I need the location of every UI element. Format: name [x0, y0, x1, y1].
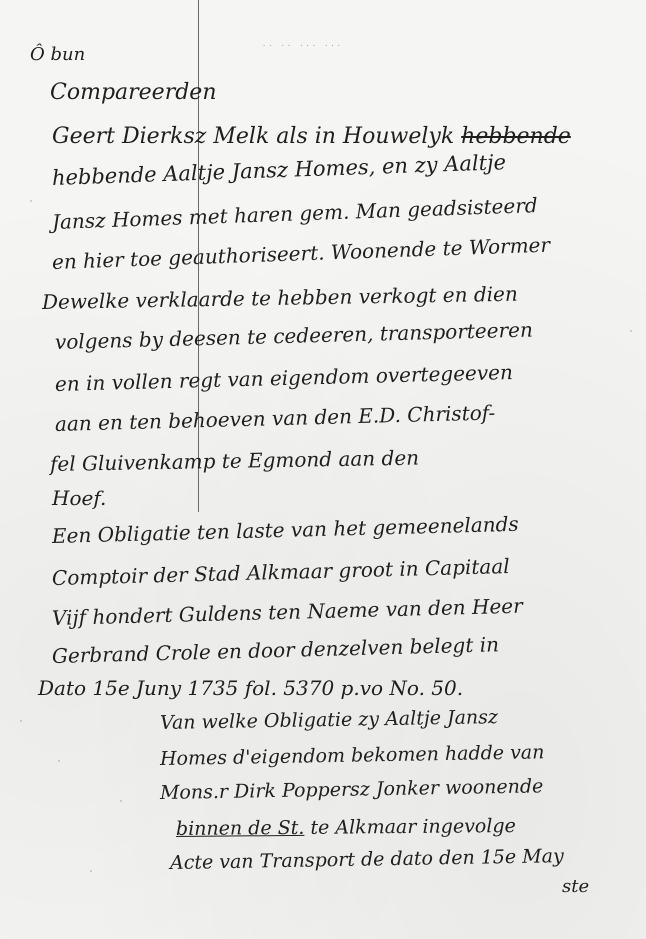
doc-line-21-struck: binnen de St.	[176, 817, 305, 840]
doc-line-3-text: Geert Dierksz Melk als in Houwelyk	[52, 124, 461, 149]
doc-line-9: en in vollen regt van eigendom overtegee…	[55, 360, 513, 396]
paper-speck	[58, 760, 60, 762]
doc-line-12: Hoef.	[52, 486, 106, 510]
doc-line-15: Vijf hondert Guldens ten Naeme van den H…	[52, 594, 523, 630]
doc-line-13: Een Obligatie ten laste van het gemeenel…	[52, 512, 519, 548]
doc-line-3-struck: hebbende	[461, 124, 571, 149]
doc-line-10: aan en ten behoeven van den E.D. Christo…	[55, 400, 496, 436]
paper-speck	[120, 800, 122, 802]
doc-line-5: Jansz Homes met haren gem. Man geadsiste…	[52, 193, 538, 234]
doc-line-22: Acte van Transport de dato den 15e May	[170, 845, 564, 874]
doc-line-6: en hier toe geauthoriseert. Woonende te …	[52, 233, 551, 274]
doc-line-17: Dato 15e Juny 1735 fol. 5370 p.vo No. 50…	[38, 676, 463, 700]
doc-line-18: Van welke Obligatie zy Aaltje Jansz	[160, 706, 498, 734]
doc-line-8: volgens by deesen te cedeeren, transport…	[55, 317, 533, 354]
doc-line-7: Dewelke verklaarde te hebben verkogt en …	[42, 282, 518, 314]
doc-line-16: Gerbrand Crole en door denzelven belegt …	[52, 632, 500, 668]
catchword: ste	[562, 876, 589, 897]
paper-speck	[90, 870, 92, 872]
doc-line-compareerden: Compareerden	[50, 80, 216, 105]
doc-line-19: Homes d'eigendom bekomen hadde van	[160, 741, 545, 770]
doc-line-21: binnen de St. te Alkmaar ingevolge	[176, 815, 516, 840]
doc-line-20: Mons.r Dirk Poppersz Jonker woonende	[160, 775, 544, 804]
paper-speck	[30, 200, 32, 202]
doc-line-11: fel Gluivenkamp te Egmond aan den	[50, 446, 419, 476]
doc-line-14: Comptoir der Stad Alkmaar groot in Capit…	[52, 554, 510, 590]
document-page: ·· ·· ··· ··· Ô bun Compareerden Geert D…	[0, 0, 646, 939]
paper-speck	[630, 330, 632, 332]
faint-top-mark: ·· ·· ··· ···	[262, 42, 343, 50]
doc-line-21-text: te Alkmaar ingevolge	[304, 815, 516, 839]
doc-line-4: hebbende Aaltje Jansz Homes, en zy Aaltj…	[52, 150, 507, 190]
margin-note: Ô bun	[30, 44, 85, 65]
doc-line-3: Geert Dierksz Melk als in Houwelyk hebbe…	[52, 124, 571, 149]
paper-speck	[20, 720, 22, 722]
